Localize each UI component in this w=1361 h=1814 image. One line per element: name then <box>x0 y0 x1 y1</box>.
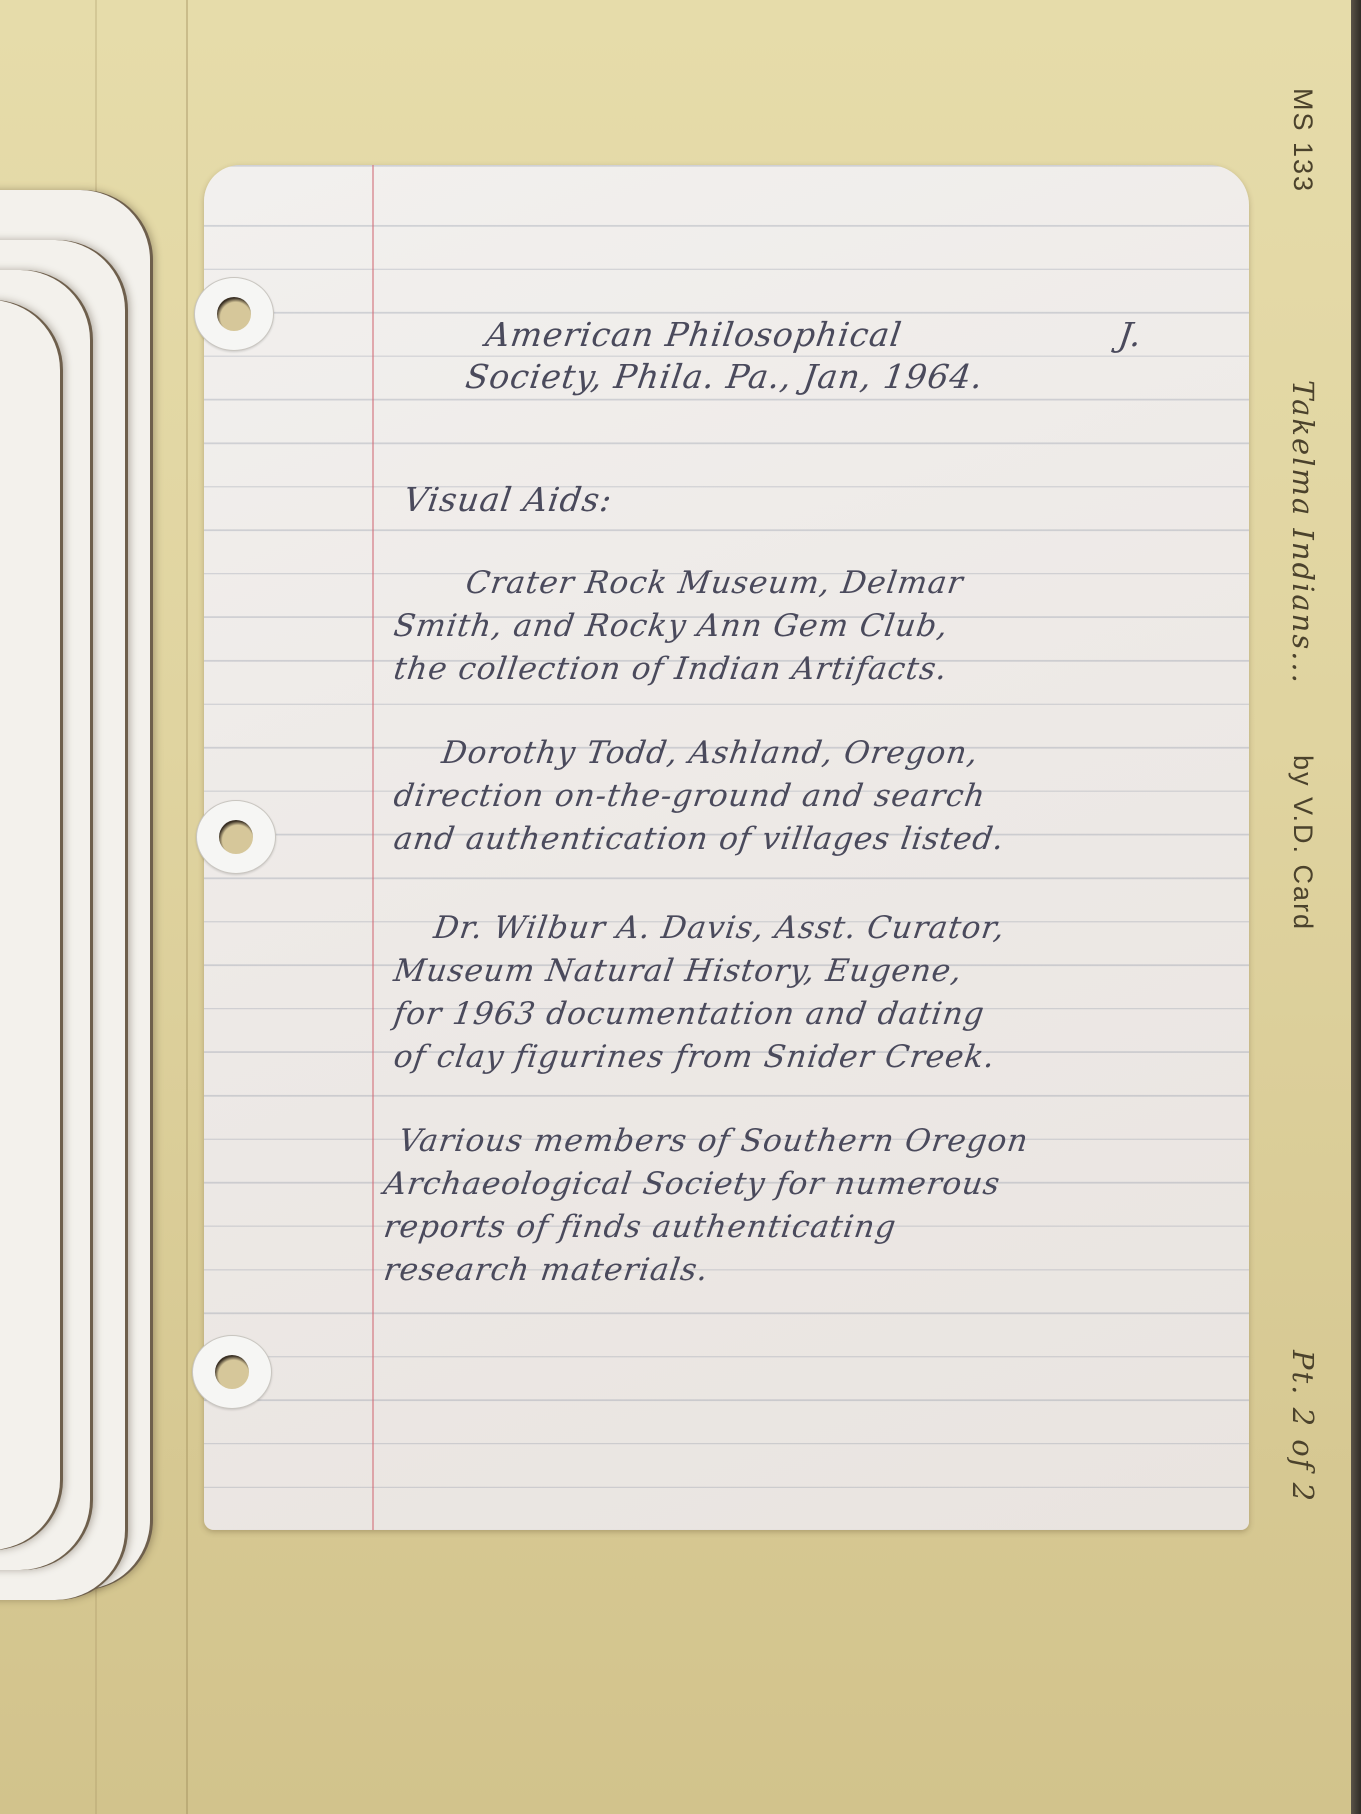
paragraph-line: reports of finds authenticating <box>381 1209 898 1245</box>
paragraph-line: of clay figurines from Snider Creek. <box>391 1039 997 1075</box>
header-line: Society, Phila. Pa., Jan, 1964. <box>463 357 986 396</box>
page-mark: J. <box>1116 315 1145 354</box>
paragraph-line: for 1963 documentation and dating <box>391 996 987 1032</box>
section-heading: Visual Aids: <box>401 480 615 519</box>
margin-line <box>372 165 374 1530</box>
paragraph-line: Dr. Wilbur A. Davis, Asst. Curator, <box>431 910 1007 946</box>
paragraph-line: the collection of Indian Artifacts. <box>391 651 949 687</box>
folder-edge <box>1351 0 1361 1814</box>
punch-hole-icon <box>219 820 253 854</box>
paragraph-line: Crater Rock Museum, Delmar <box>463 565 965 601</box>
hole-reinforcement <box>192 1335 272 1409</box>
paragraph-line: Various members of Southern Oregon <box>396 1123 1030 1159</box>
paragraph-line: Smith, and Rocky Ann Gem Club, <box>391 608 950 644</box>
paragraph-line: and authentication of villages listed. <box>391 821 1006 857</box>
handwritten-page: J. American Philosophical Society, Phila… <box>204 165 1249 1530</box>
paragraph-line: Archaeological Society for numerous <box>381 1166 1002 1202</box>
folder-label-ms: MS 133 <box>1287 88 1318 193</box>
punch-hole-icon <box>217 297 251 331</box>
punch-hole-icon <box>215 1355 249 1389</box>
folder-label-author: by V.D. Card <box>1287 755 1318 931</box>
stacked-sheet <box>0 300 60 1550</box>
hole-reinforcement <box>194 277 274 351</box>
paragraph-line: research materials. <box>381 1252 711 1288</box>
paragraph-line: Museum Natural History, Eugene, <box>391 953 964 989</box>
folder-label-title: Takelma Indians... <box>1286 380 1320 685</box>
hole-reinforcement <box>196 800 276 874</box>
paragraph-line: Dorothy Todd, Ashland, Oregon, <box>439 735 980 771</box>
paragraph-line: direction on-the-ground and search <box>391 778 988 814</box>
header-line: American Philosophical <box>483 315 904 354</box>
folder-label-part: Pt. 2 of 2 <box>1286 1350 1320 1503</box>
folder-crease <box>186 0 188 1814</box>
